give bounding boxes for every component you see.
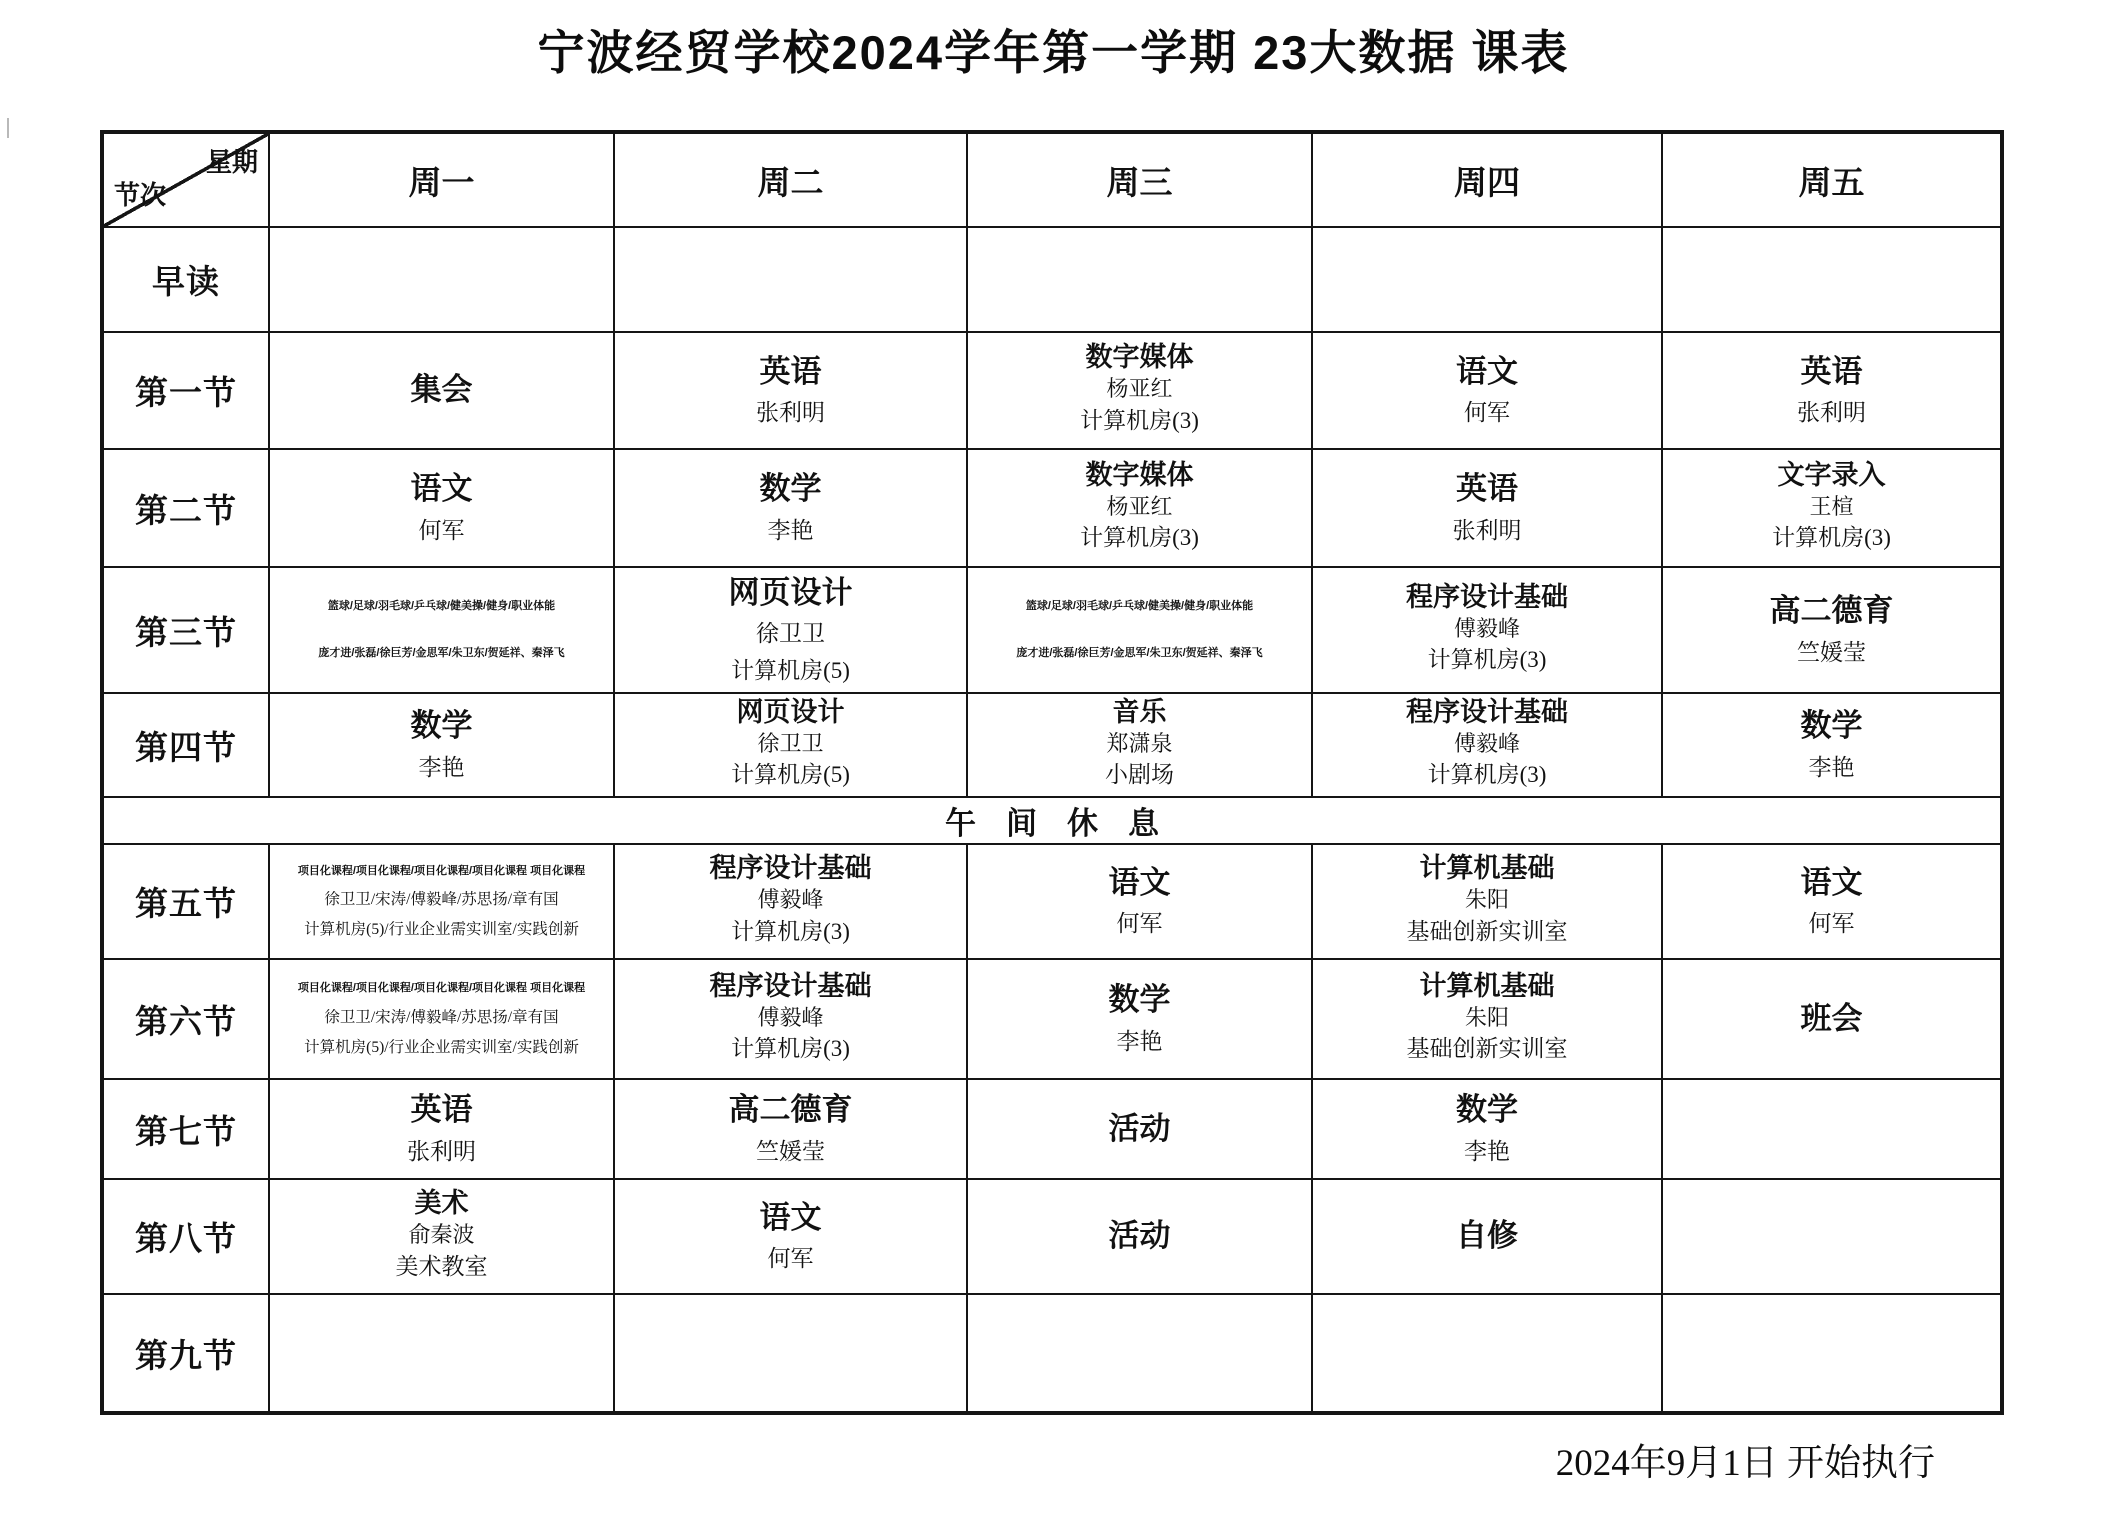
timetable-cell: 数学李艳 — [269, 693, 614, 797]
teacher-or-room: 张利明 — [1663, 395, 2000, 432]
course-name: 语文 — [968, 860, 1311, 907]
course-name: 高二德育 — [1663, 588, 2000, 635]
timetable-cell: 数学李艳 — [614, 449, 967, 567]
effective-date: 2024年9月1日 开始执行 — [1556, 1432, 1935, 1486]
teacher-or-room: 张利明 — [1313, 513, 1661, 550]
teacher-or-room: 计算机房(3) — [615, 914, 966, 951]
teacher-or-room: 李艳 — [615, 513, 966, 550]
timetable-row: 第九节 — [102, 1294, 2002, 1413]
teacher-or-room: 王楦 — [1663, 493, 2000, 521]
timetable-cell — [614, 1294, 967, 1413]
timetable-body: 早读第一节集会英语张利明数字媒体杨亚红计算机房(3)语文何军英语张利明第二节语文… — [102, 227, 2002, 1413]
scan-artifact — [7, 118, 9, 138]
course-name: 程序设计基础 — [615, 852, 966, 886]
timetable-row: 第三节篮球/足球/羽毛球/乒乓球/健美操/健身/职业体能庞才进/张磊/徐巨芳/金… — [102, 567, 2002, 693]
timetable-row: 第八节美术俞秦波美术教室语文何军活动自修 — [102, 1179, 2002, 1294]
teacher-or-room: 小剧场 — [968, 757, 1311, 794]
teacher-or-room: 李艳 — [968, 1024, 1311, 1061]
timetable-cell — [1662, 1294, 2002, 1413]
timetable-row: 第一节集会英语张利明数字媒体杨亚红计算机房(3)语文何军英语张利明 — [102, 332, 2002, 449]
teacher-or-room: 计算机房(5) — [615, 757, 966, 794]
course-name: 自修 — [1313, 1213, 1661, 1260]
period-label: 早读 — [102, 227, 269, 332]
timetable-cell: 美术俞秦波美术教室 — [269, 1179, 614, 1294]
course-name: 英语 — [615, 349, 966, 396]
course-name: 高二德育 — [615, 1087, 966, 1134]
timetable-cell: 集会 — [269, 332, 614, 449]
period-label: 第九节 — [102, 1294, 269, 1413]
teacher-or-room: 计算机房(3) — [968, 403, 1311, 440]
course-name: 活动 — [968, 1213, 1311, 1260]
course-name: 计算机基础 — [1313, 852, 1661, 886]
teacher-or-room: 朱阳 — [1313, 886, 1661, 914]
course-name: 活动 — [968, 1106, 1311, 1153]
corner-period-label: 节次 — [114, 175, 166, 212]
course-name: 数学 — [615, 466, 966, 513]
timetable-cell: 篮球/足球/羽毛球/乒乓球/健美操/健身/职业体能庞才进/张磊/徐巨芳/金思军/… — [269, 567, 614, 693]
period-label: 第二节 — [102, 449, 269, 567]
page-title: 宁波经贸学校2024学年第一学期 23大数据 课表 — [0, 16, 2107, 83]
teacher-or-room: 傅毅峰 — [1313, 615, 1661, 643]
course-name: 班会 — [1663, 996, 2000, 1043]
timetable-cell: 网页设计徐卫卫计算机房(5) — [614, 693, 967, 797]
elective-note: 计算机房(5)/行业企业需实训室/实践创新 — [270, 1039, 613, 1056]
timetable-cell: 计算机基础朱阳基础创新实训室 — [1312, 959, 1662, 1079]
timetable-cell: 网页设计徐卫卫计算机房(5) — [614, 567, 967, 693]
timetable-cell: 项目化课程/项目化课程/项目化课程/项目化课程 项目化课程徐卫卫/宋涛/傅毅峰/… — [269, 844, 614, 959]
teacher-or-room: 张利明 — [615, 395, 966, 432]
timetable-cell: 程序设计基础傅毅峰计算机房(3) — [614, 959, 967, 1079]
teacher-or-room: 计算机房(3) — [1313, 757, 1661, 794]
timetable-cell: 活动 — [967, 1179, 1312, 1294]
timetable-cell: 程序设计基础傅毅峰计算机房(3) — [614, 844, 967, 959]
timetable-header-row: 星期 节次 周一 周二 周三 周四 周五 — [102, 132, 2002, 227]
elective-note: 庞才进/张磊/徐巨芳/金思军/朱卫东/贺延祥、秦泽飞 — [968, 647, 1311, 660]
period-label: 第七节 — [102, 1079, 269, 1179]
teacher-or-room: 李艳 — [270, 750, 613, 787]
timetable-cell: 语文何军 — [269, 449, 614, 567]
course-name: 语文 — [1313, 349, 1661, 396]
period-label: 第三节 — [102, 567, 269, 693]
timetable-cell: 语文何军 — [967, 844, 1312, 959]
timetable-cell: 高二德育竺媛莹 — [614, 1079, 967, 1179]
timetable-cell — [1312, 1294, 1662, 1413]
elective-note: 徐卫卫/宋涛/傅毅峰/苏思扬/章有国 — [270, 891, 613, 908]
day-header-thursday: 周四 — [1312, 132, 1662, 227]
elective-note: 庞才进/张磊/徐巨芳/金思军/朱卫东/贺延祥、秦泽飞 — [270, 647, 613, 660]
course-name: 计算机基础 — [1313, 970, 1661, 1004]
course-name: 程序设计基础 — [1313, 696, 1661, 730]
timetable-cell: 自修 — [1312, 1179, 1662, 1294]
corner-cell: 星期 节次 — [102, 132, 269, 227]
teacher-or-room: 郑潇泉 — [968, 730, 1311, 758]
course-name: 数学 — [1663, 703, 2000, 750]
timetable-row: 早读 — [102, 227, 2002, 332]
timetable-cell: 数学李艳 — [1662, 693, 2002, 797]
timetable-row: 第六节项目化课程/项目化课程/项目化课程/项目化课程 项目化课程徐卫卫/宋涛/傅… — [102, 959, 2002, 1079]
timetable-cell: 语文何军 — [1662, 844, 2002, 959]
teacher-or-room: 基础创新实训室 — [1313, 1031, 1661, 1068]
course-name: 网页设计 — [615, 570, 966, 617]
teacher-or-room: 徐卫卫 — [615, 730, 966, 758]
elective-note: 篮球/足球/羽毛球/乒乓球/健美操/健身/职业体能 — [968, 600, 1311, 613]
day-header-friday: 周五 — [1662, 132, 2002, 227]
timetable-cell — [269, 1294, 614, 1413]
teacher-or-room: 美术教室 — [270, 1249, 613, 1286]
timetable-cell — [1662, 227, 2002, 332]
teacher-or-room: 俞秦波 — [270, 1221, 613, 1249]
teacher-or-room: 杨亚红 — [968, 493, 1311, 521]
teacher-or-room: 朱阳 — [1313, 1004, 1661, 1032]
teacher-or-room: 计算机房(3) — [968, 520, 1311, 557]
period-label: 第一节 — [102, 332, 269, 449]
course-name: 数字媒体 — [968, 459, 1311, 493]
teacher-or-room: 计算机房(3) — [615, 1031, 966, 1068]
teacher-or-room: 李艳 — [1663, 750, 2000, 787]
elective-note: 项目化课程/项目化课程/项目化课程/项目化课程 项目化课程 — [270, 982, 613, 995]
timetable-cell: 英语张利明 — [1312, 449, 1662, 567]
teacher-or-room: 傅毅峰 — [615, 1004, 966, 1032]
day-header-monday: 周一 — [269, 132, 614, 227]
course-name: 集会 — [270, 367, 613, 414]
course-name: 程序设计基础 — [1313, 581, 1661, 615]
timetable-cell: 活动 — [967, 1079, 1312, 1179]
timetable-cell — [967, 1294, 1312, 1413]
timetable-row: 第四节数学李艳网页设计徐卫卫计算机房(5)音乐郑潇泉小剧场程序设计基础傅毅峰计算… — [102, 693, 2002, 797]
teacher-or-room: 何军 — [615, 1241, 966, 1278]
day-header-tuesday: 周二 — [614, 132, 967, 227]
teacher-or-room: 竺媛莹 — [615, 1134, 966, 1171]
lunch-break-row: 午间休息 — [102, 797, 2002, 844]
timetable-cell: 高二德育竺媛莹 — [1662, 567, 2002, 693]
course-name: 数学 — [1313, 1087, 1661, 1134]
teacher-or-room: 何军 — [968, 906, 1311, 943]
timetable-cell — [1662, 1179, 2002, 1294]
timetable-cell: 程序设计基础傅毅峰计算机房(3) — [1312, 567, 1662, 693]
teacher-or-room: 李艳 — [1313, 1134, 1661, 1171]
timetable-cell — [269, 227, 614, 332]
timetable-cell: 班会 — [1662, 959, 2002, 1079]
course-name: 美术 — [270, 1187, 613, 1221]
teacher-or-room: 计算机房(3) — [1313, 642, 1661, 679]
course-name: 英语 — [1663, 349, 2000, 396]
teacher-or-room: 傅毅峰 — [615, 886, 966, 914]
timetable-cell: 计算机基础朱阳基础创新实训室 — [1312, 844, 1662, 959]
course-name: 数学 — [968, 977, 1311, 1024]
timetable-cell: 篮球/足球/羽毛球/乒乓球/健美操/健身/职业体能庞才进/张磊/徐巨芳/金思军/… — [967, 567, 1312, 693]
course-name: 语文 — [615, 1195, 966, 1242]
course-name: 程序设计基础 — [615, 970, 966, 1004]
corner-week-label: 星期 — [206, 142, 258, 179]
course-name: 数学 — [270, 703, 613, 750]
timetable: 星期 节次 周一 周二 周三 周四 周五 早读第一节集会英语张利明数字媒体杨亚红… — [100, 130, 2004, 1415]
timetable-cell: 语文何军 — [614, 1179, 967, 1294]
course-name: 网页设计 — [615, 696, 966, 730]
timetable-cell: 英语张利明 — [269, 1079, 614, 1179]
period-label: 第四节 — [102, 693, 269, 797]
timetable-cell: 数字媒体杨亚红计算机房(3) — [967, 449, 1312, 567]
teacher-or-room: 徐卫卫 — [615, 616, 966, 653]
timetable-cell: 程序设计基础傅毅峰计算机房(3) — [1312, 693, 1662, 797]
teacher-or-room: 傅毅峰 — [1313, 730, 1661, 758]
teacher-or-room: 张利明 — [270, 1134, 613, 1171]
teacher-or-room: 计算机房(3) — [1663, 520, 2000, 557]
timetable-cell: 数字媒体杨亚红计算机房(3) — [967, 332, 1312, 449]
timetable-cell: 数学李艳 — [1312, 1079, 1662, 1179]
teacher-or-room: 杨亚红 — [968, 375, 1311, 403]
timetable-cell: 英语张利明 — [614, 332, 967, 449]
teacher-or-room: 何军 — [270, 513, 613, 550]
timetable-cell — [1662, 1079, 2002, 1179]
course-name: 英语 — [1313, 466, 1661, 513]
timetable-cell: 音乐郑潇泉小剧场 — [967, 693, 1312, 797]
period-label: 第六节 — [102, 959, 269, 1079]
course-name: 数字媒体 — [968, 341, 1311, 375]
elective-note: 篮球/足球/羽毛球/乒乓球/健美操/健身/职业体能 — [270, 600, 613, 613]
course-name: 语文 — [270, 466, 613, 513]
day-header-wednesday: 周三 — [967, 132, 1312, 227]
timetable-cell: 项目化课程/项目化课程/项目化课程/项目化课程 项目化课程徐卫卫/宋涛/傅毅峰/… — [269, 959, 614, 1079]
timetable-cell — [967, 227, 1312, 332]
lunch-break-label: 午间休息 — [102, 797, 2002, 844]
timetable-cell — [1312, 227, 1662, 332]
elective-note: 徐卫卫/宋涛/傅毅峰/苏思扬/章有国 — [270, 1009, 613, 1026]
teacher-or-room: 计算机房(5) — [615, 653, 966, 690]
timetable-row: 第五节项目化课程/项目化课程/项目化课程/项目化课程 项目化课程徐卫卫/宋涛/傅… — [102, 844, 2002, 959]
timetable-cell: 语文何军 — [1312, 332, 1662, 449]
teacher-or-room: 基础创新实训室 — [1313, 914, 1661, 951]
course-name: 英语 — [270, 1087, 613, 1134]
period-label: 第五节 — [102, 844, 269, 959]
timetable-row: 第二节语文何军数学李艳数字媒体杨亚红计算机房(3)英语张利明文字录入王楦计算机房… — [102, 449, 2002, 567]
course-name: 音乐 — [968, 696, 1311, 730]
teacher-or-room: 竺媛莹 — [1663, 635, 2000, 672]
course-name: 文字录入 — [1663, 459, 2000, 493]
teacher-or-room: 何军 — [1663, 906, 2000, 943]
elective-note: 项目化课程/项目化课程/项目化课程/项目化课程 项目化课程 — [270, 865, 613, 878]
timetable-row: 第七节英语张利明高二德育竺媛莹活动数学李艳 — [102, 1079, 2002, 1179]
timetable-cell: 英语张利明 — [1662, 332, 2002, 449]
timetable-cell: 数学李艳 — [967, 959, 1312, 1079]
timetable-cell: 文字录入王楦计算机房(3) — [1662, 449, 2002, 567]
period-label: 第八节 — [102, 1179, 269, 1294]
teacher-or-room: 何军 — [1313, 395, 1661, 432]
elective-note: 计算机房(5)/行业企业需实训室/实践创新 — [270, 921, 613, 938]
course-name: 语文 — [1663, 860, 2000, 907]
timetable-cell — [614, 227, 967, 332]
